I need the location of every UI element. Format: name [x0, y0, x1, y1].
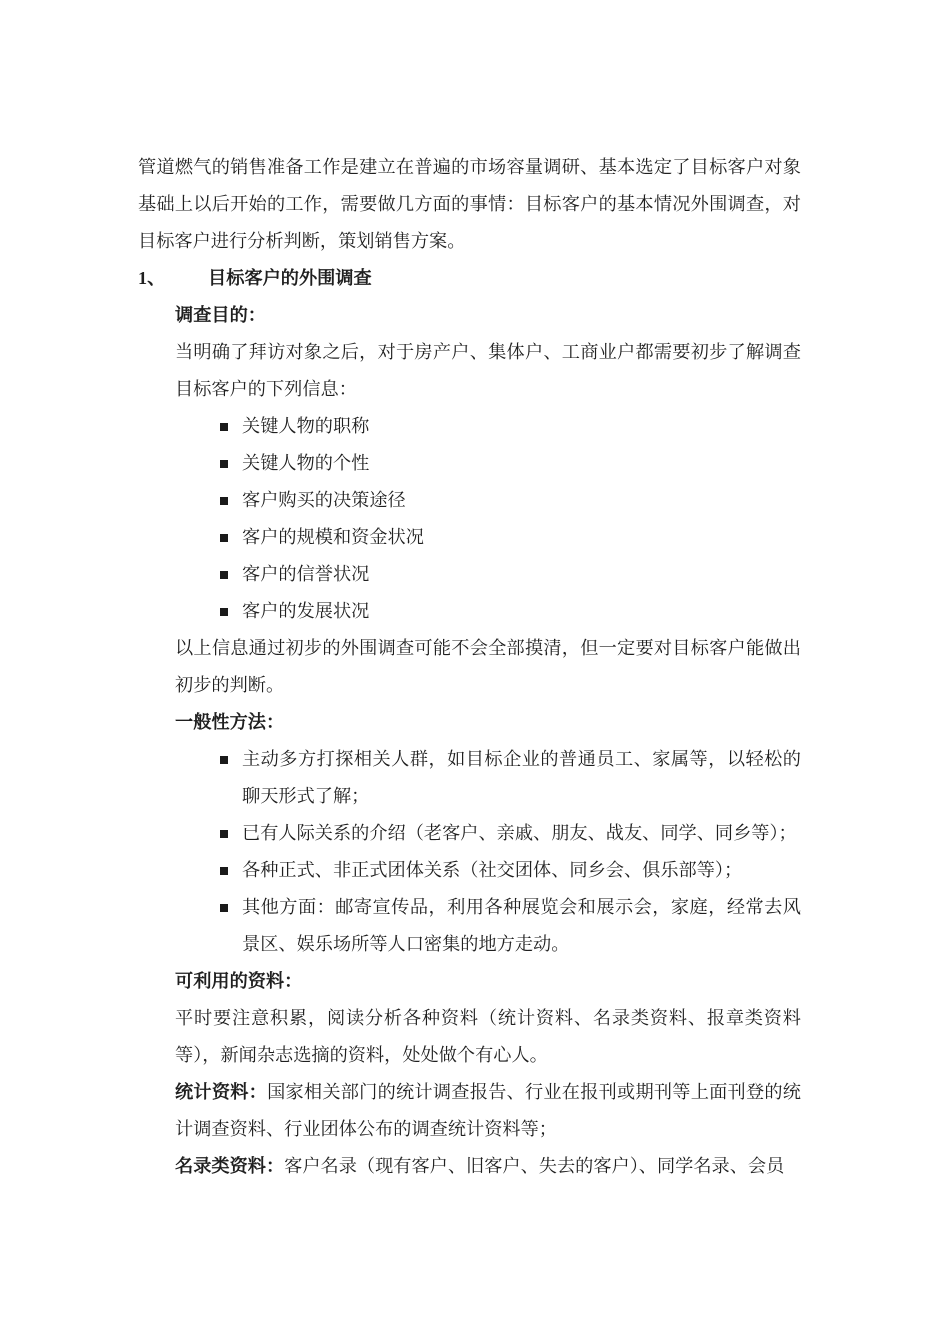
statistical-materials-text: 国家相关部门的统计调查报告、行业在报刊或期刊等上面刊登的统计调查资料、行业团体公… — [175, 1082, 801, 1139]
list-item: 已有人际关系的介绍（老客户、亲戚、朋友、战友、同学、同乡等）； — [175, 815, 801, 852]
square-bullet-icon — [220, 571, 228, 579]
list-item-text: 其他方面：邮寄宣传品，利用各种展览会和展示会，家庭，经常去风景区、娱乐场所等人口… — [242, 897, 801, 954]
list-item-text: 已有人际关系的介绍（老客户、亲戚、朋友、战友、同学、同乡等）； — [242, 823, 797, 843]
statistical-materials-label: 统计资料： — [175, 1082, 267, 1102]
survey-purpose-list: 关键人物的职称 关键人物的个性 客户购买的决策途径 客户的规模和资金状况 客户的… — [175, 408, 801, 630]
statistical-materials-paragraph: 统计资料：国家相关部门的统计调查报告、行业在报刊或期刊等上面刊登的统计调查资料、… — [175, 1074, 801, 1148]
intro-paragraph: 管道燃气的销售准备工作是建立在普遍的市场容量调研、基本选定了目标客户对象基础上以… — [138, 149, 801, 260]
document-page: 管道燃气的销售准备工作是建立在普遍的市场容量调研、基本选定了目标客户对象基础上以… — [0, 0, 950, 1344]
survey-purpose-heading: 调查目的： — [175, 297, 801, 334]
list-item: 其他方面：邮寄宣传品，利用各种展览会和展示会，家庭，经常去风景区、娱乐场所等人口… — [175, 889, 801, 963]
square-bullet-icon — [220, 423, 228, 431]
list-item: 关键人物的个性 — [175, 445, 801, 482]
available-materials-lead: 平时要注意积累，阅读分析各种资料（统计资料、名录类资料、报章类资料等），新闻杂志… — [175, 1000, 801, 1074]
square-bullet-icon — [220, 756, 228, 764]
list-item: 客户的信誉状况 — [175, 556, 801, 593]
list-item-text: 客户的发展状况 — [242, 601, 369, 621]
square-bullet-icon — [220, 534, 228, 542]
directory-materials-label: 名录类资料： — [175, 1156, 284, 1176]
section-1-body: 调查目的： 当明确了拜访对象之后，对于房产户、集体户、工商业户都需要初步了解调查… — [175, 297, 801, 1185]
list-item: 客户的发展状况 — [175, 593, 801, 630]
available-materials-heading: 可利用的资料： — [175, 963, 801, 1000]
square-bullet-icon — [220, 904, 228, 912]
list-item-text: 主动多方打探相关人群，如目标企业的普通员工、家属等，以轻松的聊天形式了解； — [242, 749, 801, 806]
general-methods-heading: 一般性方法： — [175, 704, 801, 741]
square-bullet-icon — [220, 460, 228, 468]
list-item: 各种正式、非正式团体关系（社交团体、同乡会、俱乐部等）； — [175, 852, 801, 889]
directory-materials-paragraph: 名录类资料：客户名录（现有客户、旧客户、失去的客户）、同学名录、会员 — [175, 1148, 801, 1185]
square-bullet-icon — [220, 867, 228, 875]
list-item-text: 关键人物的个性 — [242, 453, 369, 473]
square-bullet-icon — [220, 830, 228, 838]
survey-purpose-lead: 当明确了拜访对象之后，对于房产户、集体户、工商业户都需要初步了解调查目标客户的下… — [175, 334, 801, 408]
list-item-text: 客户的规模和资金状况 — [242, 527, 424, 547]
list-item-text: 客户的信誉状况 — [242, 564, 369, 584]
list-item-text: 关键人物的职称 — [242, 416, 369, 436]
section-1-number: 1、 — [138, 260, 208, 297]
list-item-text: 客户购买的决策途径 — [242, 490, 406, 510]
list-item: 关键人物的职称 — [175, 408, 801, 445]
list-item: 客户的规模和资金状况 — [175, 519, 801, 556]
section-1-title: 目标客户的外围调查 — [208, 260, 372, 297]
section-1-heading: 1、 目标客户的外围调查 — [138, 260, 801, 297]
list-item: 客户购买的决策途径 — [175, 482, 801, 519]
square-bullet-icon — [220, 497, 228, 505]
survey-purpose-note: 以上信息通过初步的外围调查可能不会全部摸清，但一定要对目标客户能做出初步的判断。 — [175, 630, 801, 704]
general-methods-list: 主动多方打探相关人群，如目标企业的普通员工、家属等，以轻松的聊天形式了解； 已有… — [175, 741, 801, 963]
list-item: 主动多方打探相关人群，如目标企业的普通员工、家属等，以轻松的聊天形式了解； — [175, 741, 801, 815]
list-item-text: 各种正式、非正式团体关系（社交团体、同乡会、俱乐部等）； — [242, 860, 742, 880]
square-bullet-icon — [220, 608, 228, 616]
directory-materials-text: 客户名录（现有客户、旧客户、失去的客户）、同学名录、会员 — [284, 1156, 784, 1176]
